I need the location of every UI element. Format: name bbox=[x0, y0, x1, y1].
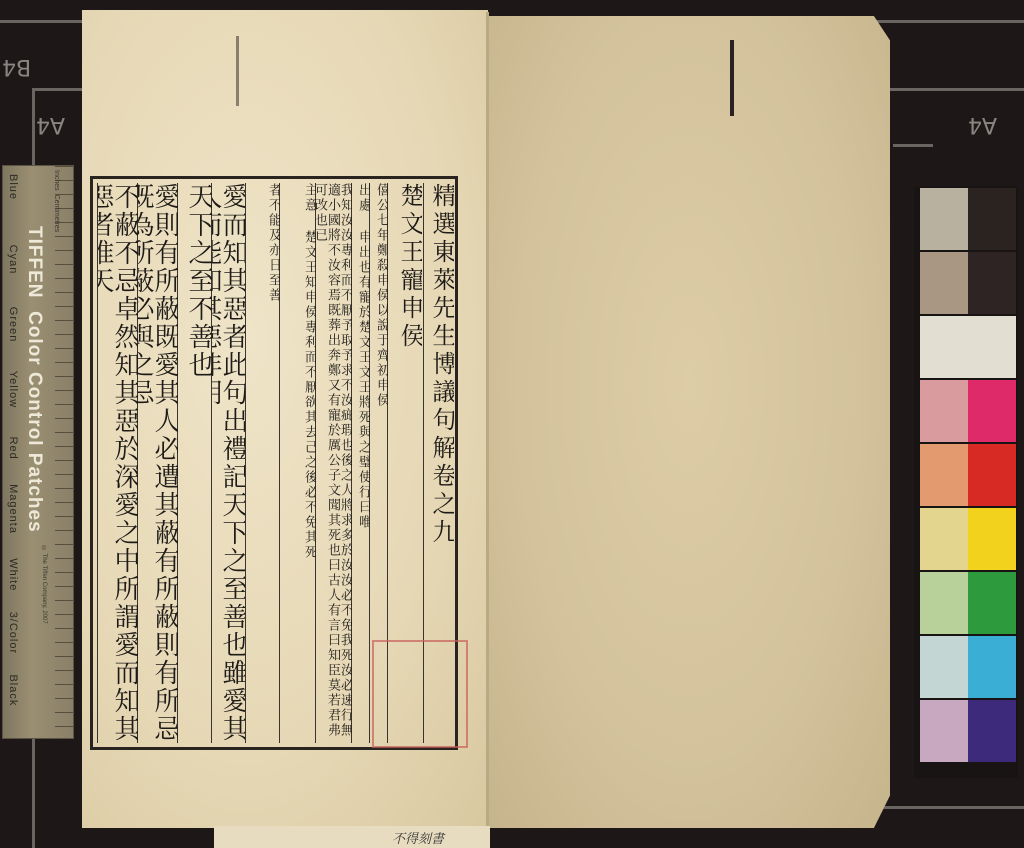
text-column-8: 愛則有所蔽既愛其人必遭其蔽有所蔽則有所忌既為所蔽必與之忌 bbox=[137, 183, 178, 743]
patch-r6-right bbox=[968, 508, 1016, 570]
mat-label-a4-right: A4 bbox=[968, 112, 997, 137]
patch-r7-left bbox=[920, 572, 968, 634]
mat-label-a4-left: A4 bbox=[36, 112, 65, 137]
ruler-brand: TIFFEN Color Control Patches bbox=[23, 226, 45, 533]
patch-r3-white bbox=[920, 316, 1016, 378]
patch-r1-left bbox=[920, 188, 968, 250]
patch-r9-right bbox=[968, 700, 1016, 762]
patch-r8-right bbox=[968, 636, 1016, 698]
patch-r4-right bbox=[968, 380, 1016, 442]
patch-r4-left bbox=[920, 380, 968, 442]
ruler-ticks bbox=[55, 166, 73, 738]
book-right-page bbox=[488, 16, 890, 828]
mat-guide-bottom bbox=[880, 806, 1024, 809]
mat-guide-right-box bbox=[893, 144, 933, 147]
paper-slip: 不得刻書 bbox=[214, 826, 490, 848]
color-calibration-strip bbox=[914, 186, 1018, 778]
patch-r5-right bbox=[968, 444, 1016, 506]
patch-r1-right bbox=[968, 188, 1016, 250]
text-column-7: 天下之至不善也 bbox=[177, 183, 212, 743]
text-column-3: 我知汝汝專利而不厭予取予求不汝疵瑕也後之人將求多於汝汝必不免我死汝必速行無適小國… bbox=[315, 183, 352, 743]
text-column-6: 者不能及亦日至善 bbox=[245, 183, 280, 743]
tiffen-ruler: Blue Cyan Green Yellow Red Magenta White… bbox=[2, 165, 74, 739]
book-spine bbox=[486, 12, 489, 828]
patch-r2-left bbox=[920, 252, 968, 314]
text-column-9: 不蔽不忌卓然知其惡於深愛之中所謂愛而知其惡者惟天 bbox=[97, 183, 138, 743]
text-column-2: 出處 申出也有寵於楚文王文王將死與之璧使行曰唯 bbox=[351, 183, 370, 743]
patch-r2-right bbox=[968, 252, 1016, 314]
worm-hole-left bbox=[236, 36, 239, 106]
patch-r7-right bbox=[968, 572, 1016, 634]
red-seal-stamp bbox=[372, 640, 468, 748]
text-column-5: 愛而知其惡者此句出禮記天下之至善也雖愛其人而能知其惡非明 bbox=[211, 183, 246, 743]
ruler-copyright: © The Tiffen Company, 2007 bbox=[41, 546, 47, 624]
ruler-color-names: Blue Cyan Green Yellow Red Magenta White… bbox=[7, 174, 19, 706]
patch-r6-left bbox=[920, 508, 968, 570]
patch-r9-left bbox=[920, 700, 968, 762]
slip-handwriting: 不得刻書 bbox=[392, 828, 444, 847]
mat-label-b4: B4 bbox=[2, 54, 31, 79]
ruler-units: Inches Centimetres bbox=[53, 170, 60, 232]
worm-hole-right bbox=[730, 40, 734, 116]
patch-r5-left bbox=[920, 444, 968, 506]
patch-r8-left bbox=[920, 636, 968, 698]
text-column-4: 主意 楚文王知申侯專利而不厭欲其去己之後必不免其死 bbox=[279, 183, 316, 743]
